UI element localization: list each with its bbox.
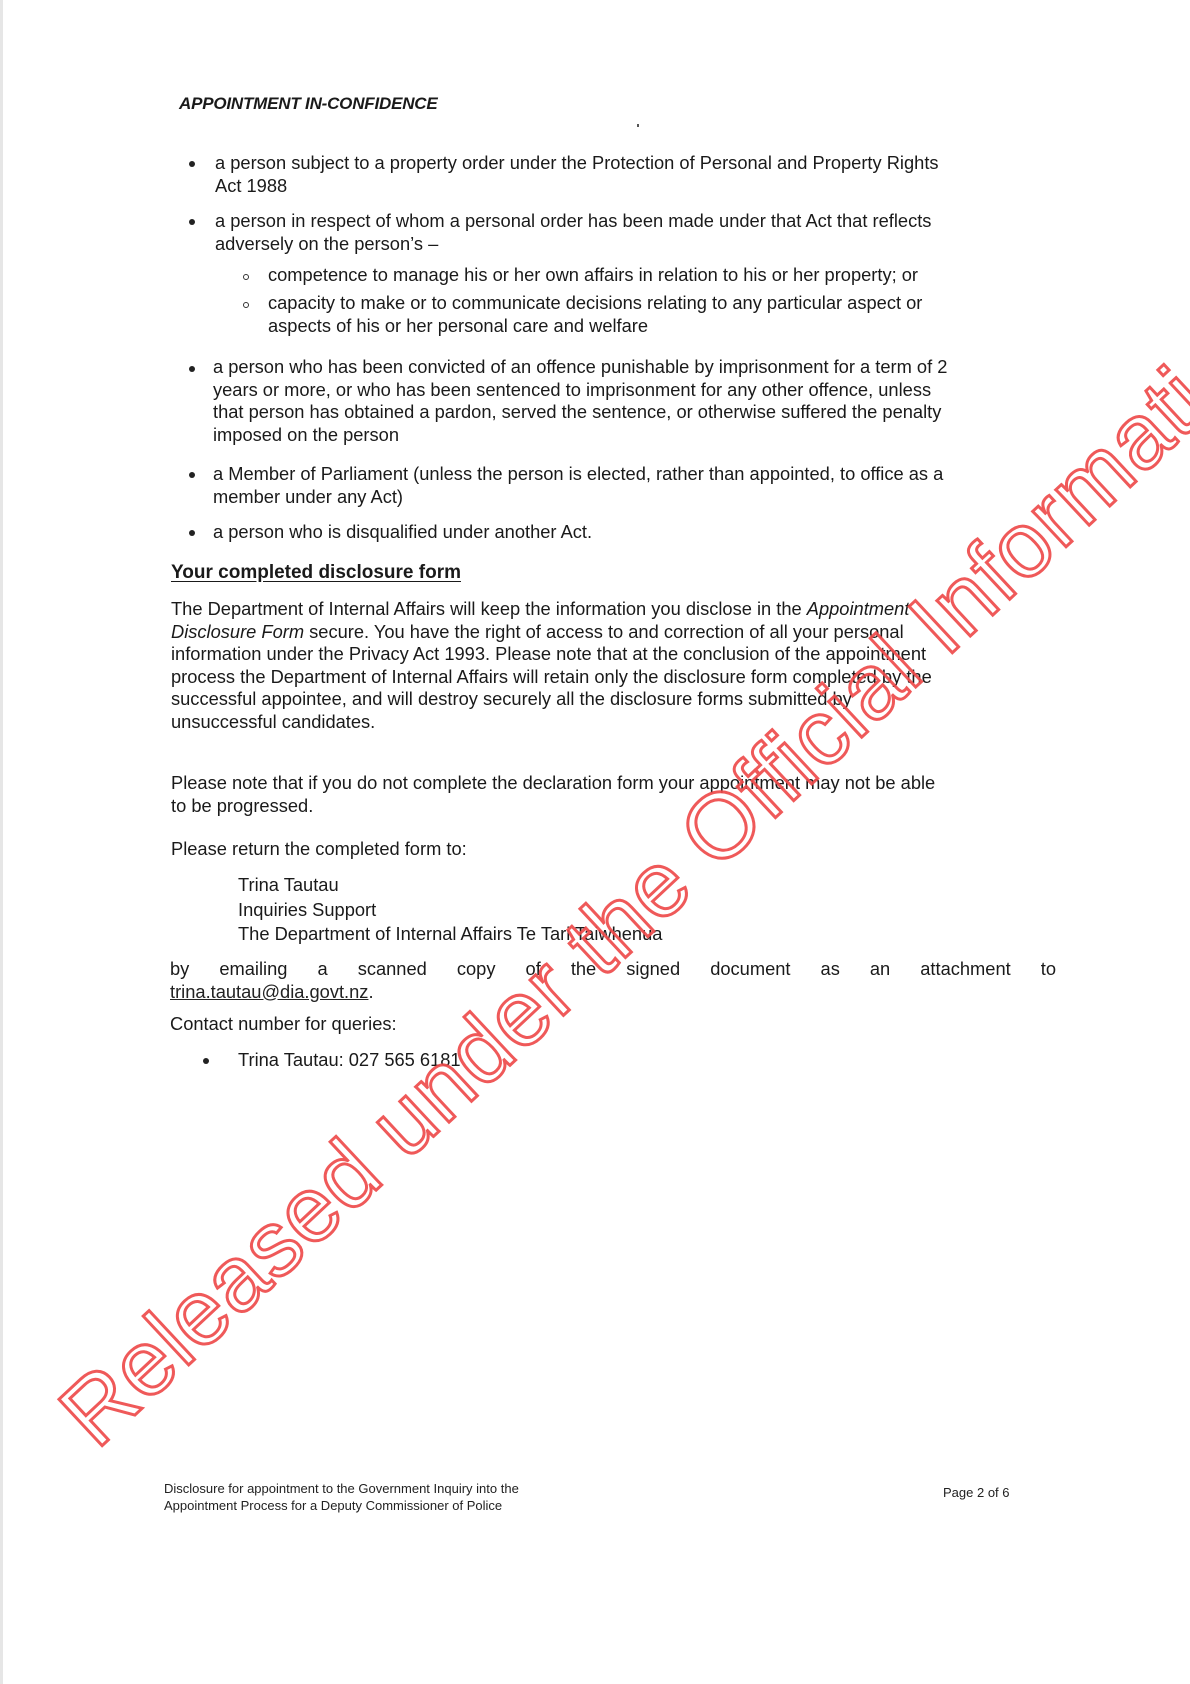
bullet-icon <box>189 530 195 536</box>
circle-bullet-icon <box>243 274 249 280</box>
return-address: Trina Tautau Inquiries Support The Depar… <box>238 873 662 947</box>
bullet-icon <box>203 1058 209 1064</box>
confidentiality-header: APPOINTMENT IN-CONFIDENCE <box>179 94 438 114</box>
sub-list-item: competence to manage his or her own affa… <box>268 264 1058 287</box>
bullet-icon <box>189 366 195 372</box>
contact-number: Trina Tautau: 027 565 6181 <box>238 1049 461 1072</box>
email-instructions: by emailing a scanned copy of the signed… <box>170 958 1056 1003</box>
page-number: Page 2 of 6 <box>943 1484 1010 1501</box>
scan-edge <box>0 0 3 1684</box>
list-item: a person in respect of whom a personal o… <box>215 210 1053 255</box>
contact-intro: Contact number for queries: <box>170 1013 397 1036</box>
scan-speck <box>637 124 639 127</box>
email-link[interactable]: trina.tautau@dia.govt.nz <box>170 981 368 1002</box>
list-item: a person who has been convicted of an of… <box>213 356 1053 446</box>
progress-notice-paragraph: Please note that if you do not complete … <box>171 772 1055 817</box>
document-page: APPOINTMENT IN-CONFIDENCE a person subje… <box>0 0 1190 1684</box>
bullet-icon <box>189 219 195 225</box>
sub-list-item: capacity to make or to communicate decis… <box>268 292 1058 337</box>
list-item: a person subject to a property order und… <box>215 152 1053 197</box>
list-item: a person who is disqualified under anoth… <box>213 521 1053 544</box>
bullet-icon <box>189 161 195 167</box>
circle-bullet-icon <box>243 302 249 308</box>
bullet-icon <box>189 472 195 478</box>
disclosure-paragraph: The Department of Internal Affairs will … <box>171 598 1055 733</box>
return-instructions: Please return the completed form to: <box>171 838 467 861</box>
footer-title: Disclosure for appointment to the Govern… <box>164 1480 519 1514</box>
section-heading: Your completed disclosure form <box>171 562 461 584</box>
list-item: a Member of Parliament (unless the perso… <box>213 463 1053 508</box>
